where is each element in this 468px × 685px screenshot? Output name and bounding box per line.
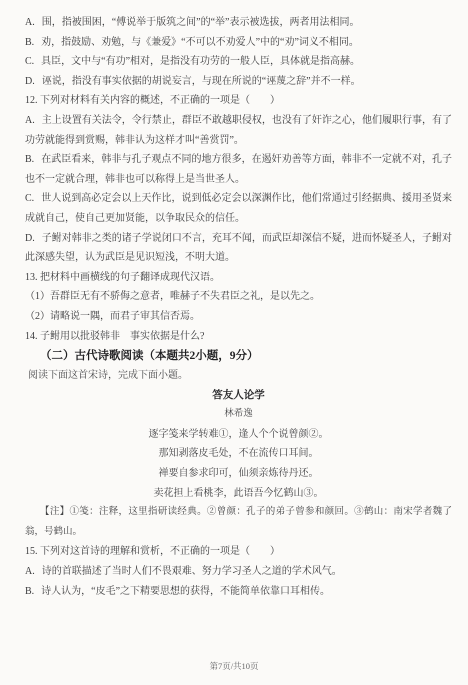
page-number: 第7页/共10页 [0, 660, 468, 672]
q13-sentence-2: （2）请略说一隅，而君子审其信否焉。 [25, 307, 452, 327]
q12-option-a: A.主上设置有关法令，令行禁止，群臣不敢越职侵权，也没有了奸诈之心，他们履职行事… [25, 111, 452, 150]
q15-stem: 15. 下列对这首诗的理解和赏析，不正确的一项是（ ） [25, 542, 452, 562]
poem-author: 林希逸 [25, 405, 452, 425]
option-text: 在武臣看来，韩非与孔子观点不同的地方很多，在遏奸劝善等方面，韩非不一定就不对，孔… [25, 154, 452, 185]
option-text: 诬说，指没有事实依据的胡说妄言，与现在所说的“诬蔑之辞”并不一样。 [42, 76, 361, 87]
q14-stem: 14. 子鲋用以批驳韩非 事实依据是什么? [25, 327, 452, 347]
poem-title: 答友人论学 [25, 386, 452, 406]
q12-option-c: C.世人说到高必定会以上天作比，说到低必定会以深渊作比，他们常通过引经据典、援用… [25, 189, 452, 228]
q12-option-d: D.子鲋对韩非之类的诸子学说闭口不言，充耳不闻，而武臣却深信不疑，进而怀疑圣人，… [25, 229, 452, 268]
option-text: 世人说到高必定会以上天作比，说到低必定会以深渊作比，他们常通过引经据典、援用圣贤… [25, 193, 452, 224]
q11-option-c: C.具臣，文中与“有功”相对，是指没有功劳的一般人臣，具体就是指高赫。 [25, 52, 452, 72]
q12-option-b: B.在武臣看来，韩非与孔子观点不同的地方很多，在遏奸劝善等方面，韩非不一定就不对… [25, 150, 452, 189]
option-text: 诗人认为，“皮毛”之下精要思想的获得，不能简单依靠口耳相传。 [41, 586, 330, 597]
option-letter: B. [25, 586, 34, 597]
option-letter: A. [25, 17, 35, 28]
option-text: 围，指被围困，“傅说举于版筑之间”的“举”表示被选拔，两者用法相同。 [42, 17, 360, 28]
poem-line: 逐字笺来学转难①，逢人个个说曾颜②。 [25, 425, 452, 445]
option-letter: B. [25, 37, 34, 48]
q13-sentence-1: （1）吾群臣无有不骄侮之意者，唯赫子不失君臣之礼，是以先之。 [25, 287, 452, 307]
poem-line: 卖花担上看桃李，此语吾今忆鹤山③。 [25, 484, 452, 504]
option-letter: A. [25, 566, 35, 577]
option-text: 具臣，文中与“有功”相对，是指没有功劳的一般人臣，具体就是指高赫。 [41, 56, 360, 67]
option-letter: B. [25, 154, 34, 165]
exam-paper-page: A.围，指被围困，“傅说举于版筑之间”的“举”表示被选拔，两者用法相同。 B.劝… [0, 0, 468, 685]
option-letter: C. [25, 193, 34, 204]
q15-option-b: B.诗人认为，“皮毛”之下精要思想的获得，不能简单依靠口耳相传。 [25, 582, 452, 602]
option-letter: D. [25, 76, 35, 87]
poem-line: 禅要自参求印可，仙须亲炼待丹还。 [25, 464, 452, 484]
poem-line: 那知剥落皮毛处，不在流传口耳间。 [25, 444, 452, 464]
q13-stem: 13. 把材料中画横线的句子翻译成现代汉语。 [25, 268, 452, 288]
question-12-block: 12. 下列对材料有关内容的概述，不正确的一项是（ ） A.主上设置有关法令，令… [25, 91, 452, 267]
option-letter: D. [25, 233, 35, 244]
poem-note: 【注】①笺：注释，这里指研读经典。②曾颜：孔子的弟子曾参和颜回。③鹤山：南宋学者… [25, 503, 452, 542]
poem: 答友人论学 林希逸 逐字笺来学转难①，逢人个个说曾颜②。 那知剥落皮毛处，不在流… [25, 386, 452, 504]
option-text: 子鲋对韩非之类的诸子学说闭口不言，充耳不闻，而武臣却深信不疑，进而怀疑圣人，子鲋… [25, 233, 452, 264]
q11-option-b: B.劝，指鼓励、劝勉，与《兼爱》“不可以不劝爱人”中的“劝”词义不相同。 [25, 33, 452, 53]
question-13-block: 13. 把材料中画横线的句子翻译成现代汉语。 （1）吾群臣无有不骄侮之意者，唯赫… [25, 268, 452, 327]
q15-option-a: A.诗的首联描述了当时人们不畏艰难、努力学习圣人之道的学术风气。 [25, 562, 452, 582]
poem-intro: 阅读下面这首宋诗，完成下面小题。 [28, 366, 452, 386]
poetry-reading-section: （二）古代诗歌阅读（本题共2小题，9分） 阅读下面这首宋诗，完成下面小题。 答友… [25, 346, 452, 542]
q11-option-a: A.围，指被围困，“傅说举于版筑之间”的“举”表示被选拔，两者用法相同。 [25, 13, 452, 33]
option-text: 劝，指鼓励、劝勉，与《兼爱》“不可以不劝爱人”中的“劝”词义不相同。 [41, 37, 359, 48]
option-text: 诗的首联描述了当时人们不畏艰难、努力学习圣人之道的学术风气。 [42, 566, 342, 577]
option-letter: A. [25, 115, 35, 126]
q11-option-d: D.诬说，指没有事实依据的胡说妄言，与现在所说的“诬蔑之辞”并不一样。 [25, 72, 452, 92]
option-letter: C. [25, 56, 34, 67]
question-15-block: 15. 下列对这首诗的理解和赏析，不正确的一项是（ ） A.诗的首联描述了当时人… [25, 542, 452, 601]
q12-stem: 12. 下列对材料有关内容的概述，不正确的一项是（ ） [25, 91, 452, 111]
option-text: 主上设置有关法令，令行禁止，群臣不敢越职侵权，也没有了奸诈之心，他们履职行事，有… [25, 115, 452, 146]
section-heading: （二）古代诗歌阅读（本题共2小题，9分） [40, 346, 452, 366]
q11-options-block: A.围，指被围困，“傅说举于版筑之间”的“举”表示被选拔，两者用法相同。 B.劝… [25, 13, 452, 91]
